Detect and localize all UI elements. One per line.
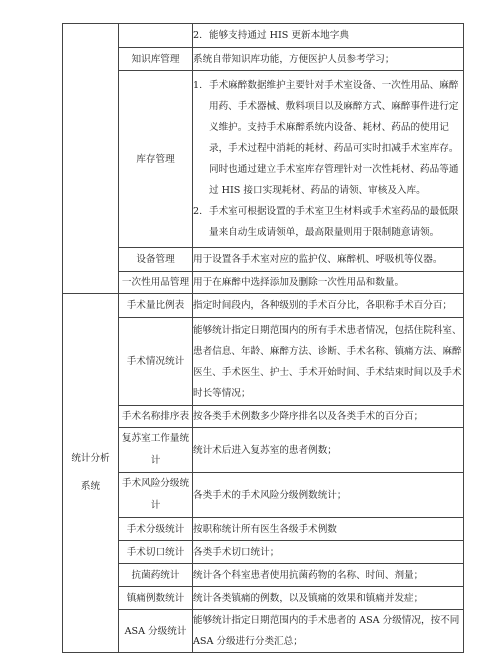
table-row: 复苏室工作量统计 统计术后进入复苏室的患者例数； <box>63 428 464 473</box>
list-text: 手术麻醉数据维护主要针对手术室设备、一次性用品、麻醉用药、手术器械、敷料项目以及… <box>209 75 463 201</box>
list-text: 手术室可根据设置的手术室卫生材料或手术室药品的最低限量来自动生成请领单，最高限量… <box>209 201 463 243</box>
function-cell: 抗菌药统计 <box>119 564 193 587</box>
function-cell: 知识库管理 <box>119 48 193 71</box>
table-row: 知识库管理 系统自带知识库功能，方便医护人员参考学习； <box>63 48 464 71</box>
table-row: 2. 能够支持通过 HIS 更新本地字典 <box>63 24 464 48</box>
function-cell: 手术风险分级统计 <box>119 473 193 518</box>
table-row: 手术名称排序表 按各类手术例数多少降序排名以及各类手术的百分百； <box>63 406 464 428</box>
table-row: 手术分级统计 按职称统计所有医生各级手术例数 <box>63 518 464 541</box>
list-item: 2. 手术室可根据设置的手术室卫生材料或手术室药品的最低限量来自动生成请领单，最… <box>193 201 463 243</box>
description-cell: 1. 手术麻醉数据维护主要针对手术室设备、一次性用品、麻醉用药、手术器械、敷料项… <box>193 71 464 248</box>
description-cell: 2. 能够支持通过 HIS 更新本地字典 <box>193 24 464 48</box>
description-cell: 用于设置各手术室对应的监护仪、麻醉机、呼吸机等仪器。 <box>193 248 464 272</box>
function-cell: 手术情况统计 <box>119 318 193 406</box>
table-row: 镇痛例数统计 统计各类镇痛的例数，以及镇痛的效果和镇痛并发症； <box>63 587 464 610</box>
description-cell: 按各类手术例数多少降序排名以及各类手术的百分百； <box>193 406 464 428</box>
description-cell: 能够统计指定日期范围内的所有手术患者情况，包括住院科室、患者信息、年龄、麻醉方法… <box>193 318 464 406</box>
table-row: 设备管理 用于设置各手术室对应的监护仪、麻醉机、呼吸机等仪器。 <box>63 248 464 272</box>
table-row: 抗菌药统计 统计各个科室患者使用抗菌药物的名称、时间、剂量； <box>63 564 464 587</box>
description-cell: 各类手术的手术风险分级例数统计； <box>193 473 464 518</box>
function-cell: 手术分级统计 <box>119 518 193 541</box>
list-item: 2. 能够支持通过 HIS 更新本地字典 <box>193 25 463 46</box>
table-row: ASA 分级统计 能够统计指定日期范围内的手术患者的 ASA 分级情况，按不同 … <box>63 610 464 653</box>
list-number: 2. <box>193 201 209 243</box>
description-cell: 按职称统计所有医生各级手术例数 <box>193 518 464 541</box>
function-cell: 手术切口统计 <box>119 541 193 564</box>
list-item: 1. 手术麻醉数据维护主要针对手术室设备、一次性用品、麻醉用药、手术器械、敷料项… <box>193 75 463 201</box>
table-row: 手术情况统计 能够统计指定日期范围内的所有手术患者情况，包括住院科室、患者信息、… <box>63 318 464 406</box>
function-cell <box>119 24 193 48</box>
description-cell: 各类手术切口统计； <box>193 541 464 564</box>
list-number: 1. <box>193 75 209 201</box>
table-row: 一次性用品管理 用于在麻醉中选择添加及删除一次性用品和数量。 <box>63 272 464 294</box>
table-row: 统计分析 系统 手术量比例表 指定时间段内，各种级别的手术百分比，各职称手术百分… <box>63 294 464 318</box>
description-cell: 统计各类镇痛的例数，以及镇痛的效果和镇痛并发症； <box>193 587 464 610</box>
list-text: 能够支持通过 HIS 更新本地字典 <box>209 25 463 46</box>
description-cell: 用于在麻醉中选择添加及删除一次性用品和数量。 <box>193 272 464 294</box>
function-cell: 复苏室工作量统计 <box>119 428 193 473</box>
system-label-line2: 系统 <box>63 473 118 501</box>
system-cell: 统计分析 系统 <box>63 294 119 653</box>
description-cell: 统计各个科室患者使用抗菌药物的名称、时间、剂量； <box>193 564 464 587</box>
description-cell: 统计术后进入复苏室的患者例数； <box>193 428 464 473</box>
system-label-line1: 统计分析 <box>63 445 118 473</box>
list-number: 2. <box>193 25 209 46</box>
function-cell: ASA 分级统计 <box>119 610 193 653</box>
function-cell: 设备管理 <box>119 248 193 272</box>
function-cell: 手术量比例表 <box>119 294 193 318</box>
system-cell <box>63 24 119 294</box>
feature-table: 2. 能够支持通过 HIS 更新本地字典 知识库管理 系统自带知识库功能，方便医… <box>62 23 464 653</box>
function-cell: 镇痛例数统计 <box>119 587 193 610</box>
description-cell: 能够统计指定日期范围内的手术患者的 ASA 分级情况，按不同 ASA 分级进行分… <box>193 610 464 653</box>
description-cell: 系统自带知识库功能，方便医护人员参考学习； <box>193 48 464 71</box>
description-cell: 指定时间段内，各种级别的手术百分比，各职称手术百分百； <box>193 294 464 318</box>
table-row: 手术风险分级统计 各类手术的手术风险分级例数统计； <box>63 473 464 518</box>
function-cell: 库存管理 <box>119 71 193 248</box>
table-row: 手术切口统计 各类手术切口统计； <box>63 541 464 564</box>
function-cell: 一次性用品管理 <box>119 272 193 294</box>
table-row: 库存管理 1. 手术麻醉数据维护主要针对手术室设备、一次性用品、麻醉用药、手术器… <box>63 71 464 248</box>
function-cell: 手术名称排序表 <box>119 406 193 428</box>
